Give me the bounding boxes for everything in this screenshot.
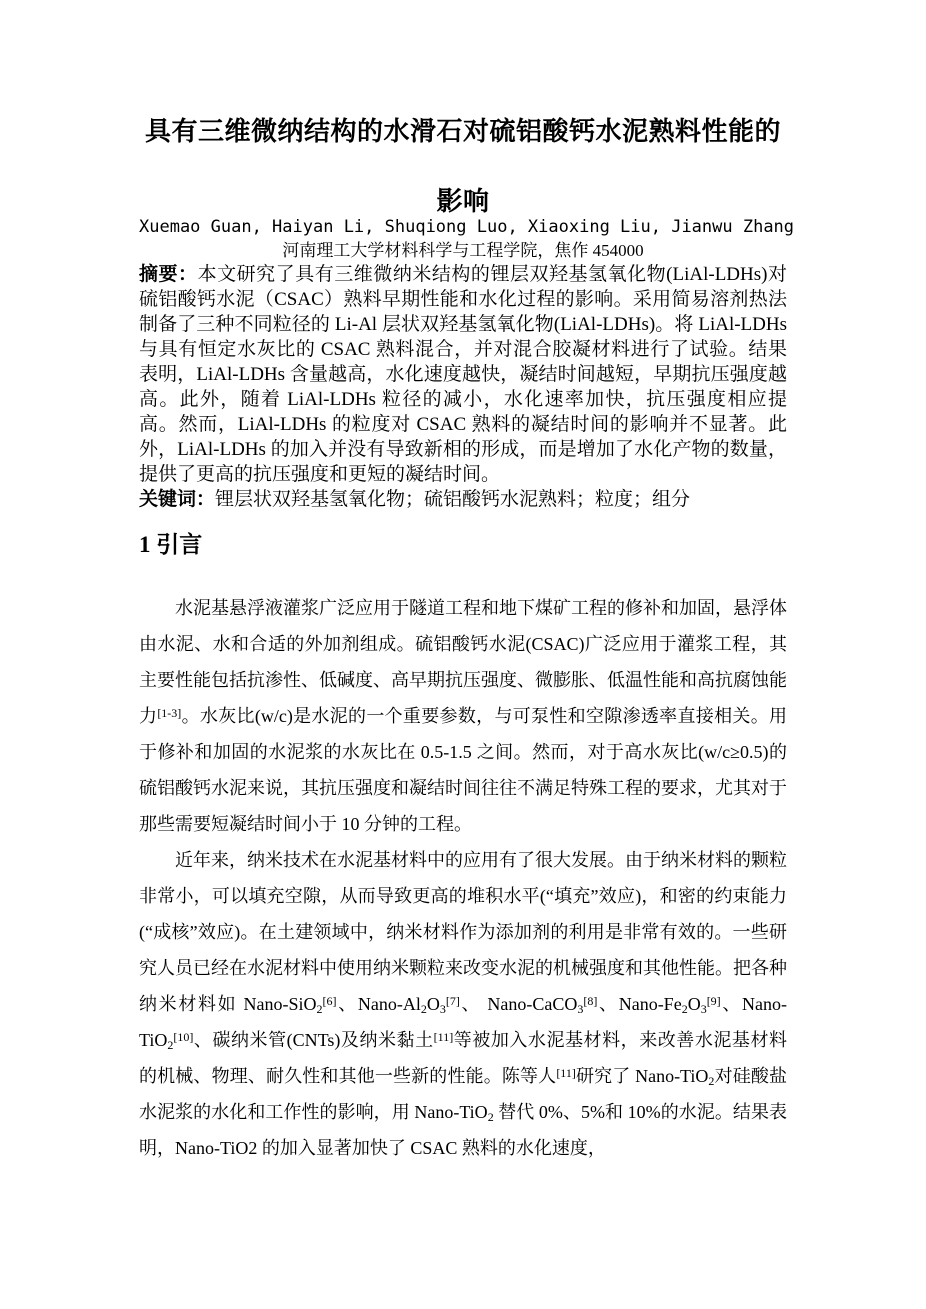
page-content: 具有三维微纳结构的水滑石对硫铝酸钙水泥熟料性能的影响 Xuemao Guan, … <box>139 0 787 1166</box>
keywords-label: 关键词： <box>139 489 215 510</box>
paper-title: 具有三维微纳结构的水滑石对硫铝酸钙水泥熟料性能的影响 <box>139 0 787 236</box>
abstract-text: 本文研究了具有三维微纳米结构的锂层双羟基氢氧化物(LiAl-LDHs)对硫铝酸钙… <box>139 264 787 485</box>
keywords-text: 锂层状双羟基氢氧化物；硫铝酸钙水泥熟料；粒度；组分 <box>215 489 690 510</box>
intro-paragraph-1: 水泥基悬浮液灌浆广泛应用于隧道工程和地下煤矿工程的修补和加固，悬浮体由水泥、水和… <box>139 590 787 842</box>
keywords-line: 关键词：锂层状双羟基氢氧化物；硫铝酸钙水泥熟料；粒度；组分 <box>139 487 787 512</box>
section-1-heading: 1 引言 <box>139 530 787 560</box>
abstract-paragraph: 摘要：本文研究了具有三维微纳米结构的锂层双羟基氢氧化物(LiAl-LDHs)对硫… <box>139 262 787 487</box>
authors-line: Xuemao Guan, Haiyan Li, Shuqiong Luo, Xi… <box>139 216 787 239</box>
affiliation-line: 河南理工大学材料科学与工程学院，焦作 454000 <box>139 239 787 262</box>
document-page: 具有三维微纳结构的水滑石对硫铝酸钙水泥熟料性能的影响 Xuemao Guan, … <box>0 0 926 1309</box>
intro-paragraph-2: 近年来，纳米技术在水泥基材料中的应用有了很大发展。由于纳米材料的颗粒非常小，可以… <box>139 842 787 1166</box>
abstract-label: 摘要： <box>139 264 198 285</box>
